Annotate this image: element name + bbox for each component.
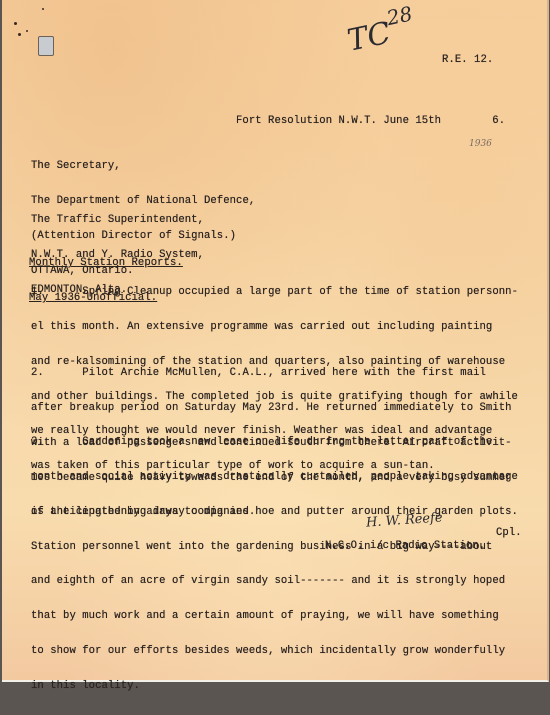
- line-text: Pilot Archie McMullen, C.A.L., arrived h…: [82, 367, 486, 379]
- paragraph-number: 2.: [31, 367, 44, 379]
- file-number: 28: [385, 1, 415, 30]
- letter-page: TC28 R.E. 12. Fort Resolution N.W.T. Jun…: [2, 0, 549, 682]
- file-code: TC: [344, 16, 393, 59]
- place-date-line: Fort Resolution N.W.T. June 15th 6.: [236, 116, 505, 128]
- reference-number: R.E. 12.: [442, 55, 493, 67]
- ink-speck: [42, 8, 44, 10]
- line-text: Spring Cleanup occupied a large part of …: [82, 286, 518, 298]
- paragraph-line: month and social activity was drasticall…: [31, 472, 518, 484]
- closing-title: N.C.O. i/c Radio Station.: [325, 541, 485, 553]
- paragraph-number: 3.: [31, 436, 44, 448]
- paragraph-line: el this month. An extensive programme wa…: [31, 322, 518, 334]
- paragraph-line: 1. Spring Cleanup occupied a large part …: [31, 287, 518, 299]
- paragraph-line: 3. Gardening took a new lease on life du…: [31, 437, 518, 449]
- paragraph-line: and eighth of an acre of virgin sandy so…: [31, 576, 518, 588]
- paragraph-line: of the lengthening days to dig and hoe a…: [31, 507, 518, 519]
- paragraph-line: that by much work and a certain amount o…: [31, 611, 518, 623]
- ink-speck: [14, 22, 17, 25]
- ink-speck: [18, 33, 21, 36]
- handwritten-file-code: TC28: [344, 7, 419, 58]
- paragraph-number: 1.: [31, 286, 44, 298]
- punch-hole: [38, 36, 54, 56]
- line-text: Gardening took a new lease on life durin…: [82, 436, 492, 448]
- paragraph-line: after breakup period on Saturday May 23r…: [31, 403, 512, 415]
- paragraph-line: 2. Pilot Archie McMullen, C.A.L., arrive…: [31, 368, 512, 380]
- address-line: The Traffic Superintendent,: [31, 215, 204, 227]
- closing-rank: Cpl.: [496, 528, 522, 540]
- handwritten-year-note: 1936: [469, 139, 492, 149]
- address-line: The Secretary,: [31, 161, 255, 173]
- ink-speck: [26, 30, 28, 32]
- paragraph-line: to show for our efforts besides weeds, w…: [31, 646, 518, 658]
